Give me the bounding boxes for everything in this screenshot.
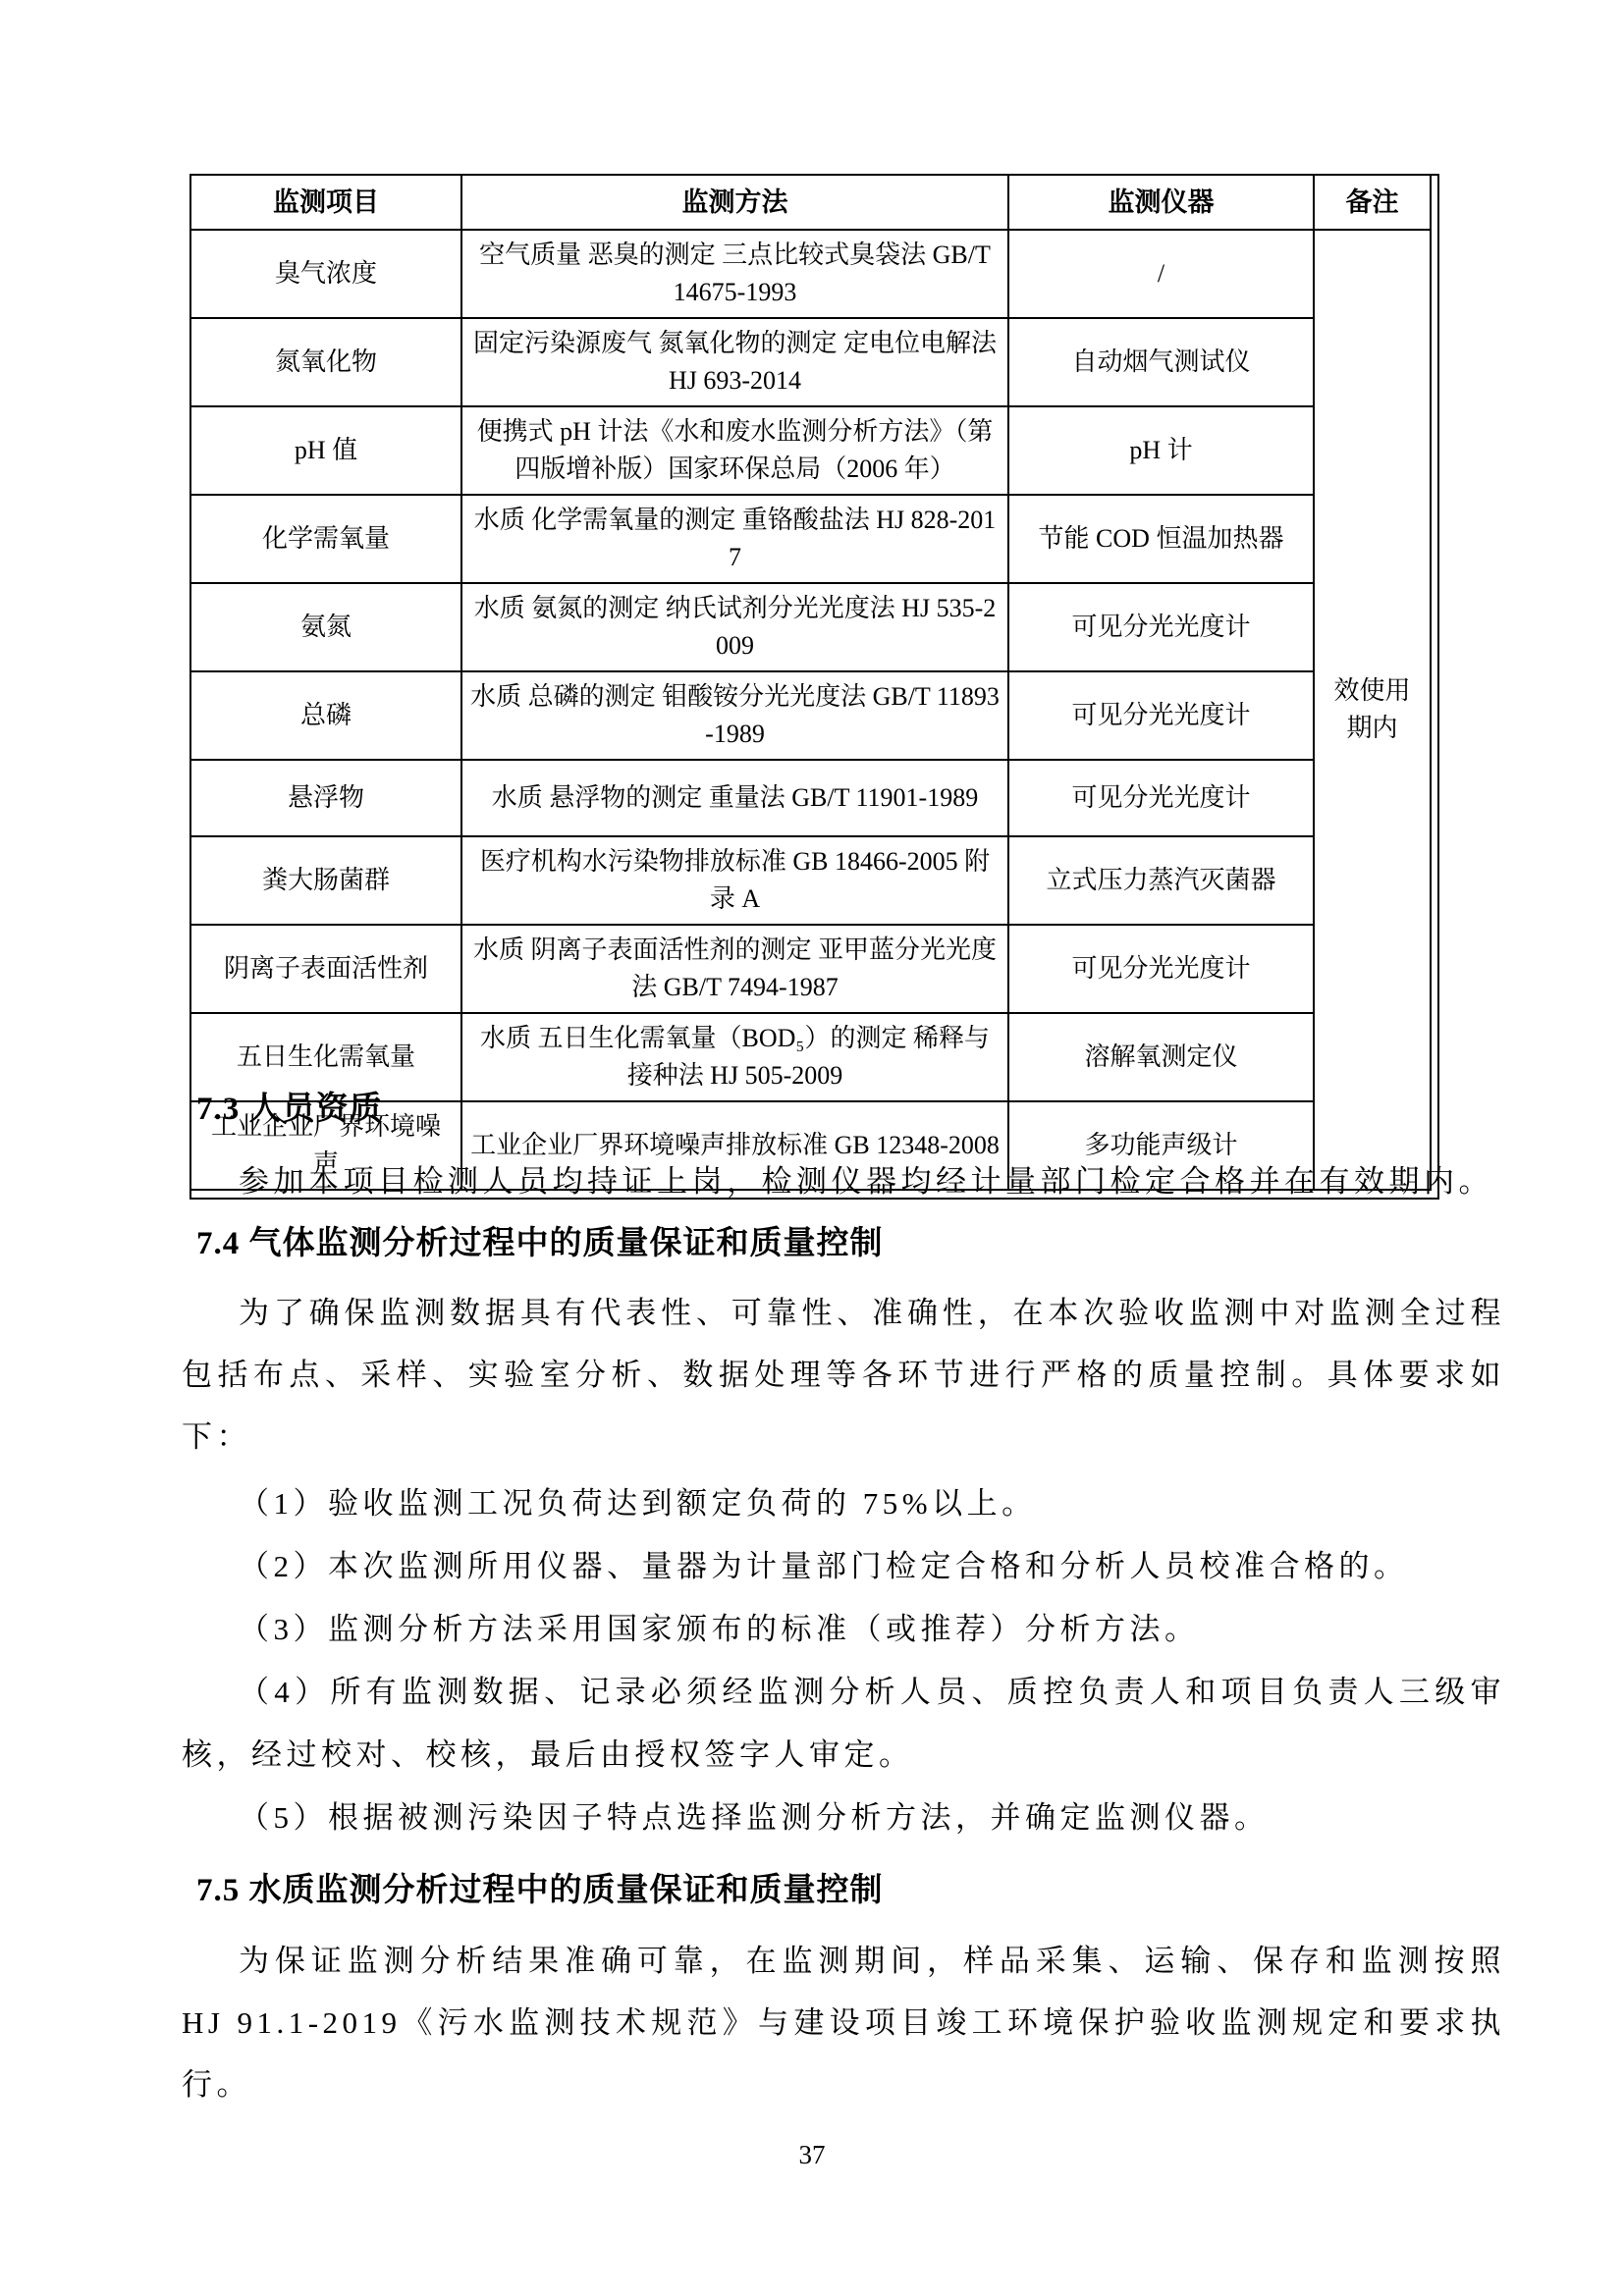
cell-method: 便携式 pH 计法《水和废水监测分析方法》（第四版增补版）国家环保总局（2006…	[461, 406, 1008, 495]
cell-instrument: 可见分光光度计	[1008, 925, 1314, 1013]
remark-text: 效使用期内	[1327, 672, 1418, 747]
cell-item: pH 值	[190, 406, 461, 495]
table-row: 化学需氧量 水质 化学需氧量的测定 重铬酸盐法 HJ 828-2017 节能 C…	[190, 495, 1431, 583]
section-7-5-heading: 7.5 水质监测分析过程中的质量保证和质量控制	[196, 1864, 1512, 1910]
list-item: （4）所有监测数据、记录必须经监测分析人员、质控负责人和项目负责人三级审核，经过…	[182, 1661, 1505, 1787]
col-header-item: 监测项目	[190, 175, 461, 230]
list-item: （5）根据被测污染因子特点选择监测分析方法，并确定监测仪器。	[182, 1787, 1505, 1849]
section-7-3-paragraph: 参加本项目检测人员均持证上岗，检测仪器均经计量部门检定合格并在有效期内。	[182, 1150, 1505, 1212]
monitoring-table: 监测项目 监测方法 监测仪器 备注 臭气浓度 空气质量 恶臭的测定 三点比较式臭…	[189, 174, 1432, 1191]
section-7-4-paragraph: 为了确保监测数据具有代表性、可靠性、准确性，在本次验收监测中对监测全过程包括布点…	[182, 1282, 1505, 1468]
cell-instrument: /	[1008, 230, 1314, 318]
cell-item: 粪大肠菌群	[190, 836, 461, 925]
cell-method: 水质 化学需氧量的测定 重铬酸盐法 HJ 828-2017	[461, 495, 1008, 583]
cell-instrument: 可见分光光度计	[1008, 671, 1314, 760]
list-item: （1）验收监测工况负荷达到额定负荷的 75%以上。	[182, 1472, 1505, 1535]
cell-item: 悬浮物	[190, 760, 461, 836]
table-row: 阴离子表面活性剂 水质 阴离子表面活性剂的测定 亚甲蓝分光光度法 GB/T 74…	[190, 925, 1431, 1013]
cell-method: 水质 总磷的测定 钼酸铵分光光度法 GB/T 11893-1989	[461, 671, 1008, 760]
page-number: 37	[0, 2140, 1624, 2170]
section-7-4-requirements-list: （1）验收监测工况负荷达到额定负荷的 75%以上。 （2）本次监测所用仪器、量器…	[182, 1472, 1505, 1849]
cell-item: 阴离子表面活性剂	[190, 925, 461, 1013]
cell-method: 固定污染源废气 氮氧化物的测定 定电位电解法 HJ 693-2014	[461, 318, 1008, 406]
table-row: 臭气浓度 空气质量 恶臭的测定 三点比较式臭袋法 GB/T 14675-1993…	[190, 230, 1431, 318]
list-item: （2）本次监测所用仪器、量器为计量部门检定合格和分析人员校准合格的。	[182, 1535, 1505, 1598]
cell-item: 臭气浓度	[190, 230, 461, 318]
cell-method: 水质 悬浮物的测定 重量法 GB/T 11901-1989	[461, 760, 1008, 836]
table-row: 氮氧化物 固定污染源废气 氮氧化物的测定 定电位电解法 HJ 693-2014 …	[190, 318, 1431, 406]
cell-instrument: pH 计	[1008, 406, 1314, 495]
cell-method: 水质 阴离子表面活性剂的测定 亚甲蓝分光光度法 GB/T 7494-1987	[461, 925, 1008, 1013]
list-item: （3）监测分析方法采用国家颁布的标准（或推荐）分析方法。	[182, 1598, 1505, 1661]
section-7-4-heading: 7.4 气体监测分析过程中的质量保证和质量控制	[196, 1217, 1512, 1263]
cell-item: 氮氧化物	[190, 318, 461, 406]
cell-method: 医疗机构水污染物排放标准 GB 18466-2005 附录 A	[461, 836, 1008, 925]
cell-remark: 效使用期内	[1314, 230, 1431, 1190]
cell-instrument: 自动烟气测试仪	[1008, 318, 1314, 406]
cell-method: 空气质量 恶臭的测定 三点比较式臭袋法 GB/T 14675-1993	[461, 230, 1008, 318]
document-page: 监测项目 监测方法 监测仪器 备注 臭气浓度 空气质量 恶臭的测定 三点比较式臭…	[0, 0, 1624, 2296]
monitoring-table-frame: 监测项目 监测方法 监测仪器 备注 臭气浓度 空气质量 恶臭的测定 三点比较式臭…	[189, 174, 1439, 1200]
table-row: 氨氮 水质 氨氮的测定 纳氏试剂分光光度法 HJ 535-2009 可见分光光度…	[190, 583, 1431, 671]
cell-method: 水质 氨氮的测定 纳氏试剂分光光度法 HJ 535-2009	[461, 583, 1008, 671]
section-7-5-paragraph: 为保证监测分析结果准确可靠，在监测期间，样品采集、运输、保存和监测按照 HJ 9…	[182, 1930, 1505, 2115]
cell-instrument: 可见分光光度计	[1008, 760, 1314, 836]
cell-instrument: 可见分光光度计	[1008, 583, 1314, 671]
table-row: 总磷 水质 总磷的测定 钼酸铵分光光度法 GB/T 11893-1989 可见分…	[190, 671, 1431, 760]
cell-instrument: 节能 COD 恒温加热器	[1008, 495, 1314, 583]
cell-instrument: 立式压力蒸汽灭菌器	[1008, 836, 1314, 925]
col-header-remark: 备注	[1314, 175, 1431, 230]
table-row: pH 值 便携式 pH 计法《水和废水监测分析方法》（第四版增补版）国家环保总局…	[190, 406, 1431, 495]
table-row: 悬浮物 水质 悬浮物的测定 重量法 GB/T 11901-1989 可见分光光度…	[190, 760, 1431, 836]
table-header-row: 监测项目 监测方法 监测仪器 备注	[190, 175, 1431, 230]
section-7-3-heading: 7.3 人员资质	[196, 1083, 1512, 1129]
table-row: 粪大肠菌群 医疗机构水污染物排放标准 GB 18466-2005 附录 A 立式…	[190, 836, 1431, 925]
cell-item: 氨氮	[190, 583, 461, 671]
cell-item: 总磷	[190, 671, 461, 760]
col-header-method: 监测方法	[461, 175, 1008, 230]
col-header-instrument: 监测仪器	[1008, 175, 1314, 230]
cell-item: 化学需氧量	[190, 495, 461, 583]
